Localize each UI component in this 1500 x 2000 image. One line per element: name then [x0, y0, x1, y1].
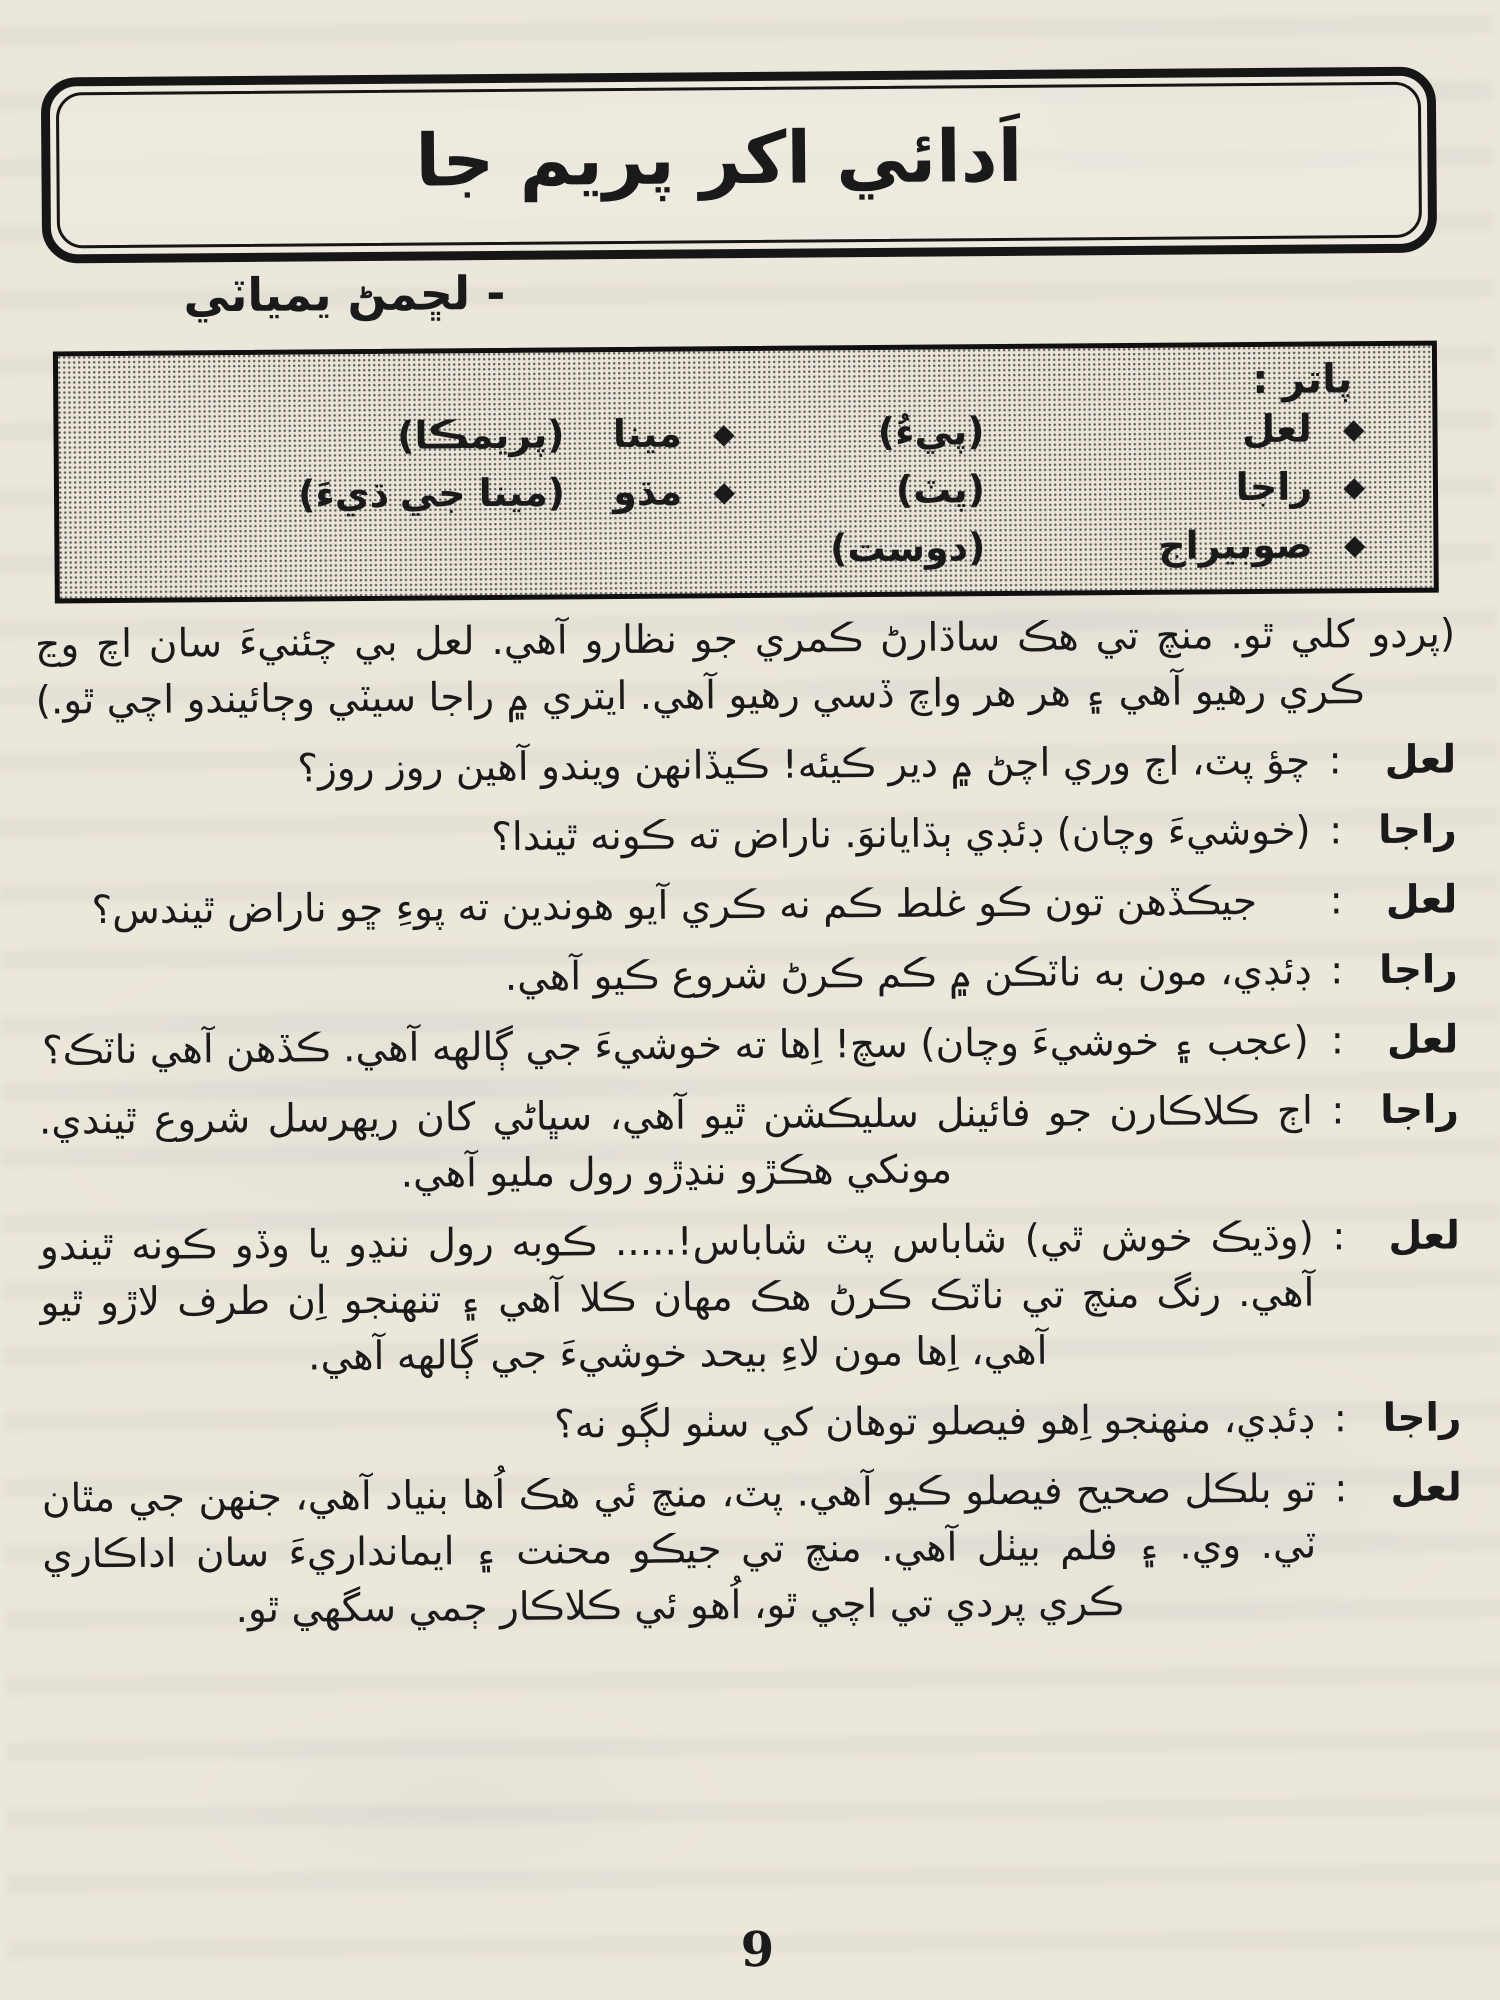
character-name-cell: ◆ لعل — [984, 406, 1364, 453]
page-title: اَدائي اکر پريم جا — [415, 114, 1063, 217]
author-name: - لڇمڻ يمياٽي — [64, 265, 624, 323]
speaker-separator: : — [1310, 733, 1360, 789]
dialogue-text: تو بلڪل صحيح فيصلو ڪيو آهي. پٽ، منچ ئي ه… — [42, 1462, 1317, 1640]
character-name: صوبيراج — [1158, 523, 1313, 568]
speaker-name: لعل — [1364, 1208, 1461, 1377]
dialogue-row: لعل : (وڌيڪ خوش ٿي) شاباس پٽ شاباس!.....… — [40, 1208, 1461, 1387]
characters-row: ◆ لعل (پيءُ) ◆ مينا (پريمڪا) — [78, 406, 1364, 474]
page-number: 9 — [7, 1916, 1500, 1984]
diamond-bullet-icon: ◆ — [1344, 528, 1366, 561]
character-name: مڌو — [613, 470, 682, 515]
speaker-name: راجا — [1362, 942, 1458, 999]
dialogue-row: راجا : اڄ ڪلاڪارن جو فائينل سليڪشن ٿيو آ… — [39, 1082, 1460, 1205]
character-name-cell: ◆ صوبيراج — [985, 522, 1365, 569]
dialogue-text: اڄ ڪلاڪارن جو فائينل سليڪشن ٿيو آهي، سڀا… — [39, 1084, 1314, 1206]
dialogue-text: چؤ پٽ، اڄ وري اچڻ ۾ دير ڪيئه! ڪيڏانهن وي… — [36, 734, 1310, 800]
speaker-name: لعل — [1362, 1012, 1458, 1069]
character-role: (دوست) — [735, 525, 985, 571]
speaker-name: لعل — [1361, 872, 1457, 929]
speaker-name: لعل — [1360, 732, 1456, 789]
title-box: اَدائي اکر پريم جا — [41, 67, 1437, 264]
diamond-bullet-icon: ◆ — [713, 417, 735, 450]
stage-direction: (پردو کلي ٿو. منچ تي هڪ ساڌارڻ ڪمري جو ن… — [35, 606, 1456, 729]
speaker-name: راجا — [1365, 1390, 1461, 1447]
dialogue-text: ڊئڊي، مون به ناٽڪن ۾ ڪم ڪرڻ شروع ڪيو آهي… — [38, 944, 1312, 1010]
speaker-separator: : — [1315, 1391, 1365, 1447]
diamond-bullet-icon: ◆ — [713, 475, 735, 508]
character-name: لعل — [1242, 407, 1312, 452]
speaker-separator: : — [1310, 803, 1360, 859]
dialogue-row: لعل : (عجب ۽ خوشيءَ وچان) سچ! اِها ته خو… — [38, 1012, 1458, 1079]
speaker-separator: : — [1312, 943, 1362, 999]
diamond-bullet-icon: ◆ — [1343, 470, 1365, 503]
character-role: (مينا جي ڌيءَ) — [79, 470, 565, 518]
character-name-cell: ◆ مينا — [564, 411, 734, 456]
characters-row: ◆ صوبيراج (دوست) — [79, 522, 1365, 590]
dialogue-row: راجا : (خوشيءَ وچان) ڊئڊي ٻڌايانوَ. نارا… — [37, 802, 1457, 869]
dialogue-text: جيڪڏهن تون ڪو غلط ڪم نه ڪري آيو هوندين ت… — [37, 874, 1311, 940]
dialogue-row: لعل : تو بلڪل صحيح فيصلو ڪيو آهي. پٽ، من… — [42, 1460, 1463, 1639]
speaker-name: لعل — [1366, 1460, 1463, 1629]
dialogue-text: (عجب ۽ خوشيءَ وچان) سچ! اِها ته خوشيءَ ج… — [38, 1014, 1312, 1080]
speaker-name: راجا — [1360, 802, 1456, 859]
title-box-inner-border: اَدائي اکر پريم جا — [56, 82, 1422, 249]
speaker-separator: : — [1314, 1209, 1365, 1377]
character-role: (پٽ) — [735, 467, 985, 513]
dialogue-text: (خوشيءَ وچان) ڊئڊي ٻڌايانوَ. ناراض ته ڪو… — [37, 804, 1311, 870]
dialogue-text: ڊئڊي، منهنجو اِهو فيصلو توهان کي سٺو لڳو… — [41, 1392, 1315, 1458]
dialogue-row: لعل : جيڪڏهن تون ڪو غلط ڪم نه ڪري آيو هو… — [37, 872, 1457, 939]
scanned-page: اَدائي اکر پريم جا - لڇمڻ يمياٽي پاتر : … — [0, 0, 1500, 2000]
character-name-cell: ◆ راجا — [985, 464, 1365, 511]
characters-box: پاتر : ◆ لعل (پيءُ) ◆ مينا (پريمڪا) ◆ را… — [53, 341, 1439, 604]
character-name: راجا — [1235, 465, 1312, 510]
speaker-name: راجا — [1363, 1082, 1460, 1195]
script-body: (پردو کلي ٿو. منچ تي هڪ ساڌارڻ ڪمري جو ن… — [35, 606, 1463, 1639]
dialogue-text: (وڌيڪ خوش ٿي) شاباس پٽ شاباس!..... ڪوبه … — [40, 1210, 1315, 1388]
diamond-bullet-icon: ◆ — [1343, 412, 1365, 445]
speaker-separator: : — [1313, 1083, 1364, 1195]
character-name: مينا — [613, 412, 682, 457]
speaker-separator: : — [1312, 1013, 1362, 1069]
character-role: (پريمڪا) — [78, 412, 564, 460]
speaker-separator: : — [1311, 873, 1361, 929]
character-role: (پيءُ) — [734, 409, 984, 455]
speaker-separator: : — [1316, 1461, 1367, 1629]
characters-row: ◆ راجا (پٽ) ◆ مڌو (مينا جي ڌيءَ) — [79, 464, 1365, 532]
dialogue-row: راجا : ڊئڊي، مون به ناٽڪن ۾ ڪم ڪرڻ شروع … — [38, 942, 1458, 1009]
dialogue-row: لعل : چؤ پٽ، اڄ وري اچڻ ۾ دير ڪيئه! ڪيڏا… — [36, 732, 1456, 799]
dialogue-row: راجا : ڊئڊي، منهنجو اِهو فيصلو توهان کي … — [41, 1390, 1461, 1457]
character-name-cell: ◆ مڌو — [565, 469, 735, 514]
